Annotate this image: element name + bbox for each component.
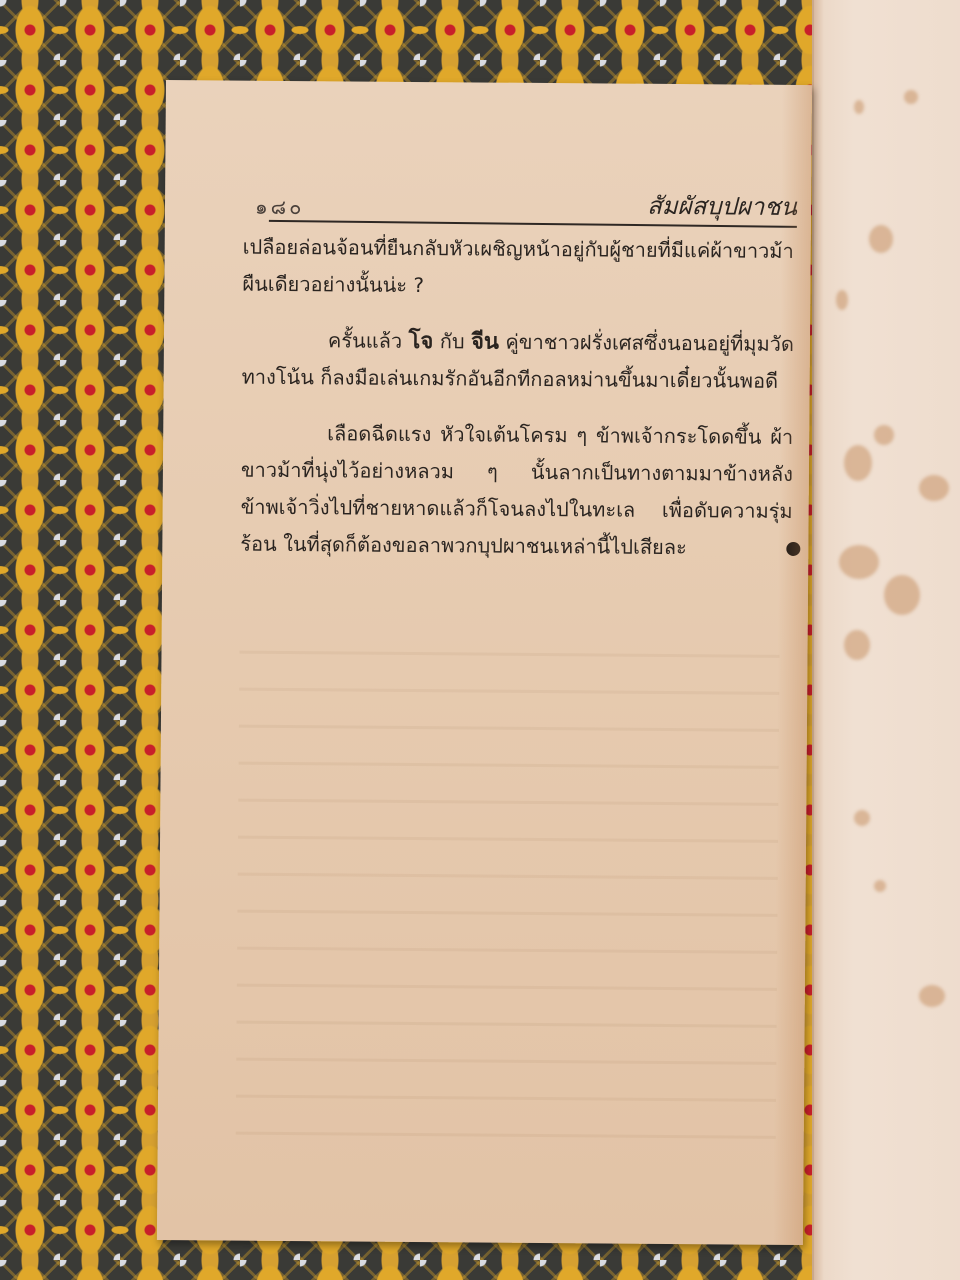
text-run: เลือดฉีดแรง หัวใจเต้นโครม ๆ ข้าพเจ้ากระโ… xyxy=(240,421,793,559)
text-line: ผืนเดียวอย่างนั้นน่ะ ? xyxy=(242,272,424,297)
running-title: สัมผัสบุปผาชน xyxy=(647,186,797,226)
paragraph-1: เปลือยล่อนจ้อนที่ยืนกลับหัวเผชิญหน้าอยู่… xyxy=(242,229,795,307)
text-line: เปลือยล่อนจ้อนที่ยืนกลับหัวเผชิญหน้าอยู่… xyxy=(243,235,794,263)
foxing-stain xyxy=(844,630,870,660)
character-name-jean: จีน xyxy=(471,329,499,354)
foxing-stain xyxy=(904,90,918,104)
paragraph-2: ครั้นแล้ว โจ กับ จีน คู่ขาชาวฝรั่งเศสซึ่… xyxy=(242,322,795,400)
foxing-stain xyxy=(854,810,870,826)
foxing-stain xyxy=(884,575,920,615)
foxing-stain xyxy=(839,545,879,579)
foxing-stain xyxy=(844,445,872,481)
body-text: เปลือยล่อนจ้อนที่ยืนกลับหัวเผชิญหน้าอยู่… xyxy=(240,229,795,586)
foxing-stain xyxy=(874,880,886,892)
page-number: ๑๘๐ xyxy=(255,191,305,223)
end-bullet-icon xyxy=(786,542,800,556)
page-header: ๑๘๐ สัมผัสบุปผาชน xyxy=(255,181,797,225)
book-page: ๑๘๐ สัมผัสบุปผาชน เปลือยล่อนจ้อนที่ยืนกล… xyxy=(157,80,812,1245)
text-run: กับ xyxy=(433,329,471,353)
foxing-stain xyxy=(874,425,894,445)
foxing-stain xyxy=(919,475,949,501)
foxing-stain xyxy=(854,100,864,114)
facing-page xyxy=(812,0,960,1280)
foxing-stain xyxy=(919,985,945,1007)
foxing-stain xyxy=(836,290,848,310)
character-name-jo: โจ xyxy=(408,329,433,354)
foxing-stain xyxy=(869,225,893,253)
bleed-through-text xyxy=(235,651,779,1173)
text-run: ครั้นแล้ว xyxy=(328,328,409,353)
text-run: คู่ขาชาวฝรั่งเศสซึ่งนอนอยู่ที่มุมวัดทางโ… xyxy=(242,330,794,393)
paragraph-3: เลือดฉีดแรง หัวใจเต้นโครม ๆ ข้าพเจ้ากระโ… xyxy=(240,415,793,567)
